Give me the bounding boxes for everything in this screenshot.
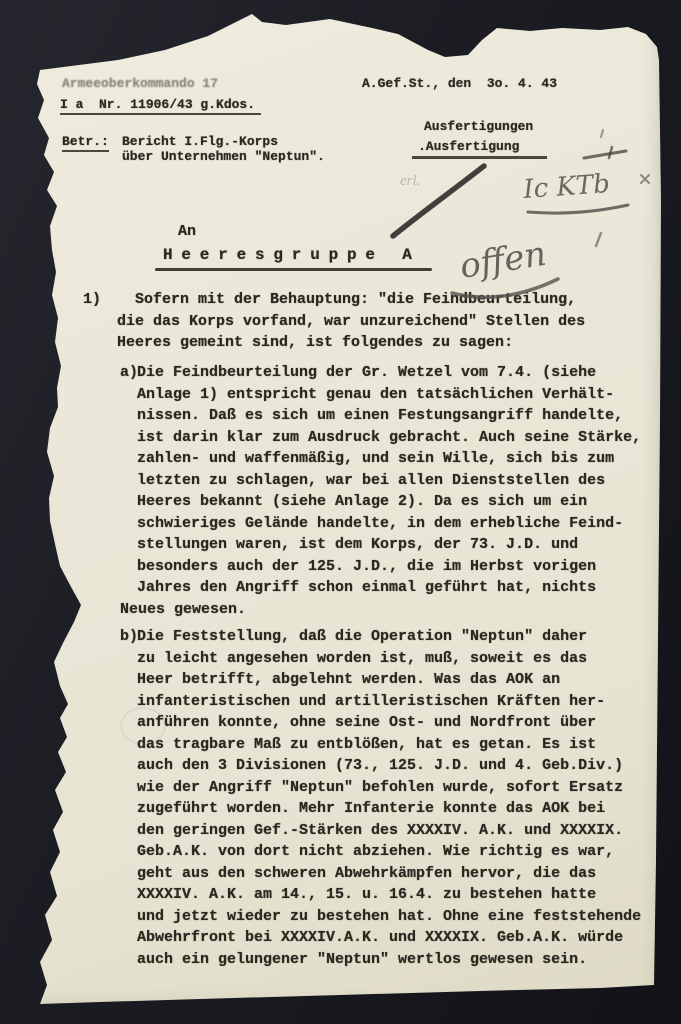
paragraph-b: b) Die Feststellung, daß die Operation "… bbox=[137, 626, 641, 970]
offen-apostrophe bbox=[596, 233, 601, 246]
recipient-underline bbox=[155, 268, 432, 271]
paragraph-1: 1) Sofern mit der Behauptung: "die Feind… bbox=[117, 289, 585, 354]
text-line: den geringen Gef.-Stärken des XXXXIV. A.… bbox=[137, 820, 641, 842]
text-line: besonders auch der 125. J.D., die im Her… bbox=[137, 556, 641, 578]
pencil-check-stroke bbox=[393, 166, 484, 236]
text-line: schwieriges Gelände handelte, in dem erh… bbox=[137, 513, 641, 535]
text-line: und jetzt wieder zu bestehen hat. Ohne e… bbox=[137, 906, 641, 928]
subject-line2: über Unternehmen "Neptun". bbox=[122, 149, 325, 164]
ktb-note-text: Ic KTb bbox=[521, 169, 610, 205]
ktb-plus-mark bbox=[641, 175, 649, 183]
copy-ordinal: .Ausfertigung bbox=[412, 139, 547, 159]
text-line: Sofern mit der Behauptung: "die Feindbeu… bbox=[117, 289, 585, 311]
text-line: Die Feststellung, daß die Operation "Nep… bbox=[137, 626, 641, 648]
paragraph-b-marker: b) bbox=[120, 626, 138, 648]
text-line: Jahres den Angriff schon einmal geführt … bbox=[137, 577, 641, 599]
text-line: XXXXIV. A.K. am 14., 15. u. 16.4. zu bes… bbox=[137, 884, 641, 906]
text-line: infanteristischen und artilleristischen … bbox=[137, 691, 641, 713]
text-line: nissen. Daß es sich um einen Festungsang… bbox=[137, 405, 641, 427]
text-line: Abwehrfront bei XXXXIV.A.K. und XXXXIX. … bbox=[137, 927, 641, 949]
copies-count: Ausfertigungen bbox=[424, 119, 533, 134]
paragraph-a: a) Die Feindbeurteilung der Gr. Wetzel v… bbox=[137, 362, 641, 620]
text-line: wie der Angriff "Neptun" befohlen wurde,… bbox=[137, 777, 641, 799]
stray-speck bbox=[601, 130, 603, 137]
text-line: Neues gewesen. bbox=[120, 599, 641, 621]
text-line: zahlen- und waffenmäßig, und sein Wille,… bbox=[137, 448, 641, 470]
subject-label: Betr.: bbox=[62, 134, 109, 152]
address-to: An bbox=[178, 221, 196, 243]
text-line: ist darin klar zum Ausdruck gebracht. Au… bbox=[137, 427, 641, 449]
text-line: Die Feindbeurteilung der Gr. Wetzel vom … bbox=[137, 362, 641, 384]
stray-tick-mark bbox=[609, 147, 612, 158]
paragraph-1-number: 1) bbox=[83, 289, 101, 311]
text-line: Heer betrifft, abgelehnt werden. Was das… bbox=[137, 669, 641, 691]
text-line: geht aus den schweren Abwehrkämpfen herv… bbox=[137, 863, 641, 885]
text-line: letzten zu schlagen, war bei allen Diens… bbox=[137, 470, 641, 492]
text-line: auch den 3 Divisionen (73., 125. J.D. un… bbox=[137, 755, 641, 777]
address-recipient: Heeresgruppe A bbox=[163, 245, 421, 267]
text-line: zu leicht angesehen worden ist, muß, sow… bbox=[137, 648, 641, 670]
offen-note-text: offen bbox=[457, 234, 549, 287]
text-line: auch ein gelungener "Neptun" wertlos gew… bbox=[137, 949, 641, 971]
faint-stamp-text: erl. bbox=[400, 173, 420, 189]
subject-line1: Bericht I.Flg.-Korps bbox=[122, 134, 278, 149]
text-line: Heeres gemeint sind, ist folgendes zu sa… bbox=[117, 332, 585, 354]
ktb-underline bbox=[528, 205, 628, 213]
document-scan: Armeeoberkommando 17 A.Gef.St., den 3o. … bbox=[0, 0, 681, 1024]
text-line: die das Korps vorfand, war unzureichend"… bbox=[117, 311, 585, 333]
header-date: A.Gef.St., den 3o. 4. 43 bbox=[362, 76, 557, 91]
header-unit: Armeeoberkommando 17 bbox=[62, 76, 218, 91]
text-line: das tragbare Maß zu entblößen, hat es ge… bbox=[137, 734, 641, 756]
paragraph-a-marker: a) bbox=[120, 362, 138, 384]
text-line: zugeführt worden. Mehr Infanterie konnte… bbox=[137, 798, 641, 820]
text-line: Heeres bekannt (siehe Anlage 2). Da es s… bbox=[137, 491, 641, 513]
ktb-overline bbox=[584, 151, 626, 158]
header-file-number: I a Nr. 11906/43 g.Kdos. bbox=[60, 97, 261, 115]
torn-paper-sheet: Armeeoberkommando 17 A.Gef.St., den 3o. … bbox=[0, 0, 681, 1024]
text-line: Geb.A.K. von dort nicht abziehen. Wie ri… bbox=[137, 841, 641, 863]
text-line: Anlage 1) entspricht genau den tatsächli… bbox=[137, 384, 641, 406]
text-line: anführen konnte, ohne seine Ost- und Nor… bbox=[137, 712, 641, 734]
text-line: stellungen waren, ist dem Korps, der 73.… bbox=[137, 534, 641, 556]
